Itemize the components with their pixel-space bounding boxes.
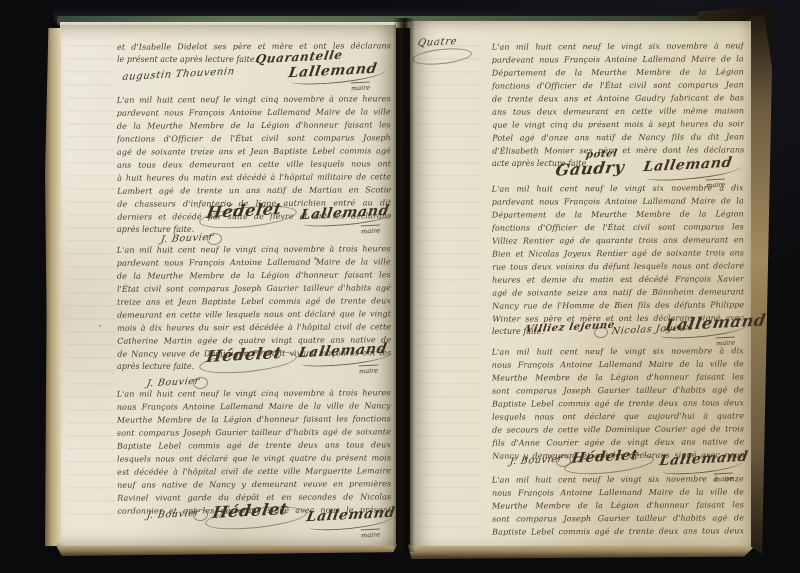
handwritten-line: Meurthe Membre de la Légion d'honneur fa… [492,370,744,384]
handwritten-line: Bien et Nicolas Joyeux Rentier agé de so… [492,246,744,260]
handwritten-line: de trente deux ans et Antoine Gaudry fab… [492,91,744,105]
handwritten-line: fonctions d'Officier de l'État civil son… [492,78,744,92]
ink-bleedthrough [67,45,115,525]
handwritten-line: agé de soixante seize ans natif de Bönnh… [492,285,744,299]
death-record-entry: L'an mil huit cent neuf le vingt cinq no… [117,386,392,517]
right-page: Quatre L'an mil huit cent neuf le vingt … [410,21,751,546]
handwritten-line: sont comparus Joseph Gaurier tailleur d'… [492,511,744,525]
handwritten-line: de secours de cette ville Dominique Cour… [492,422,744,436]
handwritten-line: pardevant nous François Antoine Lalleman… [492,52,744,66]
signature-title-maire: maire [351,82,371,93]
handwritten-line: L'an mil huit cent neuf le vingt six nov… [492,181,744,195]
handwritten-line: nous François Antoine Lallemand Maire de… [492,485,744,499]
handwritten-line: nous François Antoine Lallemand Maire de… [492,357,744,371]
entry-closing: le présent acte après lecture faite. [117,53,257,66]
signature-title-maire: maire [361,225,381,236]
death-record-entry: L'an mil huit cent neuf le vingt six nov… [492,39,745,157]
page-number-annotation: Quatre [417,36,458,49]
handwritten-line: et d'Isabelle Didelot ses père et mère e… [117,39,391,53]
book-gutter-shadow [393,18,415,552]
handwritten-line: Meurthe Membre de la Légion d'honneur fa… [492,498,744,512]
handwritten-line: L'an mil huit cent neuf le vingt six nov… [492,472,744,486]
ink-bleedthrough [418,45,480,531]
death-record-entry: L'an mil huit cent neuf le vingt six nov… [492,181,745,325]
handwritten-line: que le vingt cinq du présent mois à sept… [492,117,744,131]
entry-closing: après lecture faite. [117,360,194,373]
death-record-entry: L'an mil huit cent neuf le vingt six nov… [492,344,745,462]
death-record-entry: L'an mil huit cent neuf le vingt six nov… [492,472,744,538]
handwritten-line: L'an mil huit cent neuf le vingt six nov… [492,39,744,53]
handwritten-line: Nancy rue de l'Homme de Bien fils des dé… [492,298,744,312]
handwritten-line: Département de la Meurthe Membre de la L… [492,65,744,79]
death-record-entry-continuation: et d'Isabelle Didelot ses père et mère e… [117,39,391,53]
handwritten-line: lesquels nous ont déclaré que aujourd'hu… [492,409,744,423]
handwritten-line: ans tous deux demeurant en cette ville m… [492,104,744,118]
annotation-flourish [411,46,472,67]
handwritten-line: Département de la Meurthe Membre de la L… [492,207,744,221]
handwritten-line: heures et demie du matin est décédé Fran… [492,272,744,286]
handwritten-line: sont comparus Joseph Gaurier tailleur d'… [492,383,744,397]
handwritten-line: pardevant nous François Antoine Lalleman… [492,194,744,208]
signature-title-maire: maire [361,529,381,540]
register-photograph: et d'Isabelle Didelot ses père et mère e… [0,0,800,573]
handwritten-line: Potel agé d'onze ans natif de Nancy fils… [492,130,744,144]
handwritten-line: Baptiste Lebel commis agé de trente deux… [492,396,744,410]
margin-signature-thouvenin: augustin Thouvenin [122,66,236,83]
handwritten-line: Baptiste Lebel commis agé de trente deux… [492,524,744,538]
signature-gaudry: Gaudry [554,157,626,180]
paper-speck [99,325,101,327]
signature-paraph [593,326,608,338]
handwritten-line: fonctions d'Officier de l'État civil son… [492,220,744,234]
handwritten-line: L'an mil huit cent neuf le vingt six nov… [492,344,744,358]
signature-title-maire: maire [359,365,379,376]
handwritten-line: rue tous deux voisins du défunt lesquels… [492,259,744,273]
handwritten-line: Villiez Rentier agé de quarante trois an… [492,233,744,247]
left-page: et d'Isabelle Didelot ses père et mère e… [61,25,396,546]
